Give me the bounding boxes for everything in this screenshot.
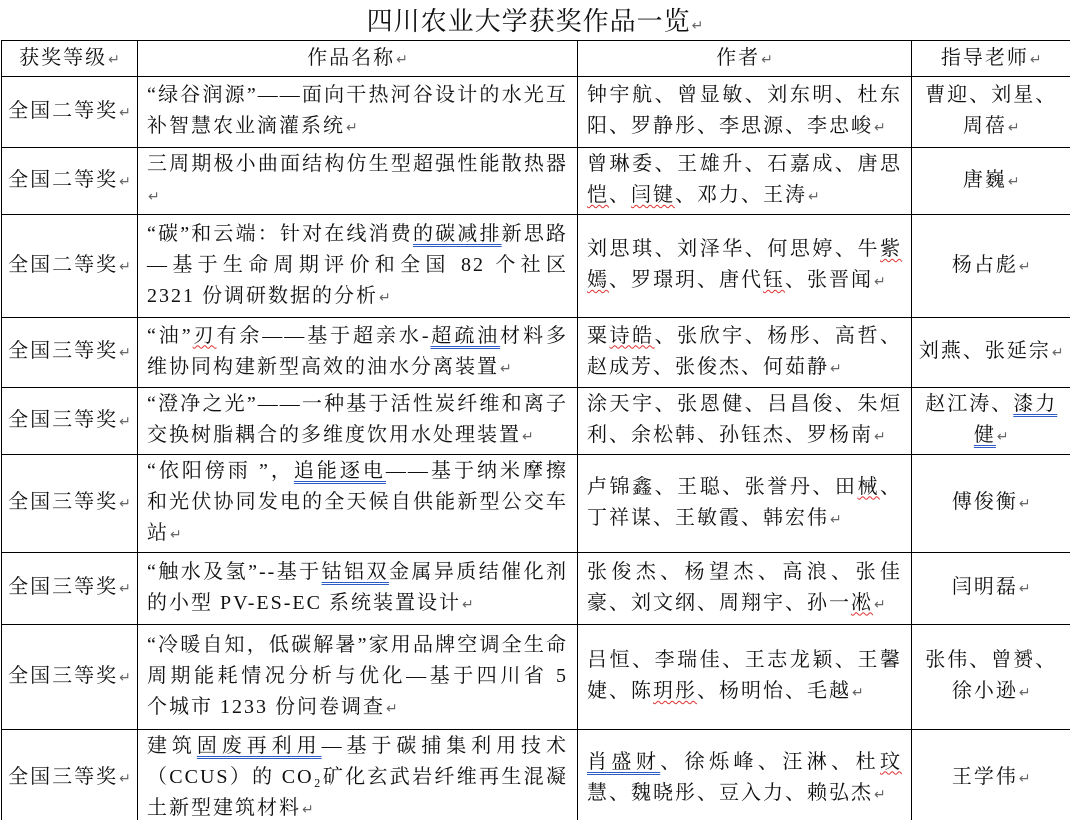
spell-check-flagged-text: 钰 — [763, 269, 785, 291]
advisors-cell[interactable]: 刘燕、张延宗↵ — [912, 318, 1070, 388]
cell-text: “冷暖自知，低碳解暑”家用品牌空调全生命周期能耗情况分析与优化—基于四川省 5 … — [147, 634, 568, 718]
paragraph-mark: ↵ — [1018, 685, 1031, 701]
spell-check-flagged-text: 闫键 — [631, 184, 675, 206]
paragraph-mark: ↵ — [147, 189, 160, 205]
header-authors-label: 作者↵ — [716, 47, 773, 69]
paragraph-mark: ↵ — [118, 771, 131, 787]
paragraph-mark: ↵ — [118, 496, 131, 512]
grammar-check-flagged-text: 固废再利用 — [197, 735, 322, 757]
advisors-cell[interactable]: 傅俊衡↵ — [912, 455, 1070, 553]
paragraph-mark: ↵ — [829, 512, 842, 528]
paragraph-mark: ↵ — [118, 581, 131, 597]
header-advisors-label: 指导老师↵ — [941, 47, 1042, 69]
cell-text: 全国二等奖 — [8, 169, 118, 191]
header-award-level-label: 获奖等级↵ — [19, 47, 120, 69]
authors-cell[interactable]: 曾琳委、王雄升、石嘉成、唐思恺、闫键、邓力、王涛↵ — [578, 148, 912, 215]
cell-text: 全国二等奖 — [8, 100, 118, 122]
table-row: 全国三等奖↵“澄净之光”——一种基于活性炭纤维和离子交换树脂耦合的多维度饮用水处… — [2, 388, 1070, 455]
cell-text: 、罗璟玥、唐代 — [609, 269, 763, 291]
work-title-cell[interactable]: 三周期极小曲面结构仿生型超强性能散热器↵ — [138, 148, 578, 215]
advisors-cell[interactable]: 曹迎、刘星、周蓓↵ — [912, 77, 1070, 148]
cell-text: 全国三等奖 — [8, 766, 118, 788]
advisors-cell[interactable]: 王学伟↵ — [912, 730, 1070, 820]
award-level-cell[interactable]: 全国二等奖↵ — [2, 77, 138, 148]
cell-text: 王学伟 — [952, 766, 1018, 788]
paragraph-mark: ↵ — [873, 597, 886, 613]
cell-text: 全国三等奖 — [8, 491, 118, 513]
document-page: 四川农业大学获奖作品一览↵ 获奖等级↵ 作品名称↵ 作者↵ 指导老师↵ 全国二等… — [0, 4, 1070, 820]
table-row: 全国二等奖↵“绿谷润源”——面向干热河谷设计的水光互补智慧农业滴灌系统↵钟宇航、… — [2, 77, 1070, 148]
work-title-cell[interactable]: “冷暖自知，低碳解暑”家用品牌空调全生命周期能耗情况分析与优化—基于四川省 5 … — [138, 625, 578, 730]
advisors-cell[interactable]: 张伟、曾赟、徐小逊↵ — [912, 625, 1070, 730]
spell-check-flagged-text: 玥彤 — [653, 680, 697, 702]
authors-cell[interactable]: 肖盛财、徐烁峰、汪淋、杜玟慧、魏晓彤、豆入力、赖弘杰↵ — [578, 730, 912, 820]
paragraph-mark: ↵ — [691, 18, 704, 34]
paragraph-mark: ↵ — [378, 290, 391, 306]
table-row: 全国三等奖↵“油”刃有余——基于超亲水-超疏油材料多维协同构建新型高效的油水分离… — [2, 318, 1070, 388]
authors-cell[interactable]: 钟宇航、曾显敏、刘东明、杜东阳、罗静彤、李思源、李忠峻↵ — [578, 77, 912, 148]
cell-text: “澄净之光”——一种基于活性炭纤维和离子交换树脂耦合的多维度饮用水处理装置 — [147, 393, 568, 446]
award-level-cell[interactable]: 全国二等奖↵ — [2, 148, 138, 215]
cell-text: 粟 — [587, 325, 610, 347]
cell-text: 卢锦鑫、王聪、张誉丹、田 — [587, 476, 857, 498]
authors-cell[interactable]: 张俊杰、杨望杰、高浪、张佳豪、刘文纲、周翔宇、孙一凇↵ — [578, 553, 912, 625]
paragraph-mark: ↵ — [760, 52, 773, 68]
paragraph-mark: ↵ — [118, 345, 131, 361]
cell-text: 刘思琪、刘泽华、何思婷、牛 — [587, 238, 880, 260]
grammar-check-flagged-text: 追能逐电 — [294, 460, 386, 482]
paragraph-mark: ↵ — [873, 274, 886, 290]
work-title-cell[interactable]: “依阳傍雨 ”，追能逐电——基于纳米摩擦和光伏协同发电的全天候自供能新型公交车站… — [138, 455, 578, 553]
paragraph-mark: ↵ — [461, 597, 474, 613]
header-advisors[interactable]: 指导老师↵ — [912, 41, 1070, 77]
paragraph-mark: ↵ — [873, 429, 886, 445]
header-award-level[interactable]: 获奖等级↵ — [2, 41, 138, 77]
paragraph-mark: ↵ — [345, 120, 358, 136]
paragraph-mark: ↵ — [118, 105, 131, 121]
work-title-cell[interactable]: “油”刃有余——基于超亲水-超疏油材料多维协同构建新型高效的油水分离装置↵ — [138, 318, 578, 388]
paragraph-mark: ↵ — [1018, 771, 1031, 787]
page-title[interactable]: 四川农业大学获奖作品一览↵ — [0, 4, 1070, 40]
grammar-check-flagged-text: 的碳减排 — [413, 223, 502, 245]
work-title-cell[interactable]: “绿谷润源”——面向干热河谷设计的水光互补智慧农业滴灌系统↵ — [138, 77, 578, 148]
table-row: 全国二等奖↵三周期极小曲面结构仿生型超强性能散热器↵曾琳委、王雄升、石嘉成、唐思… — [2, 148, 1070, 215]
cell-text: 涂天宇、张恩健、吕昌俊、朱烜利、余松韩、孙钰杰、罗杨南 — [587, 393, 902, 446]
paragraph-mark: ↵ — [1007, 174, 1020, 190]
table-row: 全国二等奖↵“碳”和云端：针对在线消费的碳减排新思路 —基于生命周期评价和全国 … — [2, 215, 1070, 318]
cell-text: 慧、魏晓彤、豆入力、赖弘杰 — [587, 782, 873, 804]
paragraph-mark: ↵ — [385, 701, 398, 717]
spell-check-flagged-text: 刃 — [193, 325, 217, 347]
paragraph-mark: ↵ — [118, 259, 131, 275]
cell-text: 钟宇航、曾显敏、刘东明、杜东阳、罗静彤、李思源、李忠峻 — [587, 84, 902, 137]
paragraph-mark: ↵ — [1007, 120, 1020, 136]
cell-text: 全国二等奖 — [8, 254, 118, 276]
paragraph-mark: ↵ — [118, 414, 131, 430]
cell-text: 刘燕、张延宗 — [919, 340, 1051, 362]
authors-cell[interactable]: 涂天宇、张恩健、吕昌俊、朱烜利、余松韩、孙钰杰、罗杨南↵ — [578, 388, 912, 455]
cell-text: 全国三等奖 — [8, 665, 118, 687]
cell-text: 全国三等奖 — [8, 340, 118, 362]
header-work-title[interactable]: 作品名称↵ — [138, 41, 578, 77]
table-row: 全国三等奖↵“冷暖自知，低碳解暑”家用品牌空调全生命周期能耗情况分析与优化—基于… — [2, 625, 1070, 730]
spell-check-flagged-text: 械 — [857, 476, 880, 498]
spell-check-flagged-text: 恺 — [587, 184, 609, 206]
authors-cell[interactable]: 粟诗皓、张欣宇、杨彤、高哲、赵成芳、张俊杰、何茹静↵ — [578, 318, 912, 388]
table-row: 全国三等奖↵建筑固废再利用—基于碳捕集利用技术（CCUS）的 CO₂矿化玄武岩纤… — [2, 730, 1070, 820]
paragraph-mark: ↵ — [169, 527, 182, 543]
header-authors[interactable]: 作者↵ — [578, 41, 912, 77]
table-row: 全国三等奖↵“依阳傍雨 ”，追能逐电——基于纳米摩擦和光伏协同发电的全天候自供能… — [2, 455, 1070, 553]
cell-text: 、 — [609, 184, 631, 206]
award-level-cell[interactable]: 全国三等奖↵ — [2, 730, 138, 820]
cell-text: 全国三等奖 — [8, 409, 118, 431]
cell-text: 三周期极小曲面结构仿生型超强性能散热器 — [147, 153, 568, 175]
work-title-cell[interactable]: “碳”和云端：针对在线消费的碳减排新思路 —基于生命周期评价和全国 82 个社区… — [138, 215, 578, 318]
table-row: 全国三等奖↵“触水及氢”--基于钴铝双金属异质结催化剂的小型 PV-ES-EC … — [2, 553, 1070, 625]
work-title-cell[interactable]: “触水及氢”--基于钴铝双金属异质结催化剂的小型 PV-ES-EC 系统装置设计… — [138, 553, 578, 625]
award-level-cell[interactable]: 全国三等奖↵ — [2, 553, 138, 625]
advisors-cell[interactable]: 赵江涛、漆力健↵ — [912, 388, 1070, 455]
cell-text: “依阳傍雨 ”， — [147, 460, 294, 482]
paragraph-mark: ↵ — [118, 174, 131, 190]
cell-text: 、徐烁峰、汪淋、杜 — [660, 751, 880, 773]
grammar-check-flagged-text: 钴铝双 — [322, 561, 389, 583]
cell-text: 曹迎、刘星、周蓓 — [925, 84, 1057, 137]
cell-text: 、杨明怡、毛越 — [697, 680, 851, 702]
work-title-cell[interactable]: “澄净之光”——一种基于活性炭纤维和离子交换树脂耦合的多维度饮用水处理装置↵ — [138, 388, 578, 455]
spell-check-flagged-text: 诗皓 — [610, 325, 655, 347]
cell-text: 建筑 — [147, 735, 197, 757]
award-level-cell[interactable]: 全国三等奖↵ — [2, 625, 138, 730]
cell-text: “油” — [147, 325, 193, 347]
awards-table: 获奖等级↵ 作品名称↵ 作者↵ 指导老师↵ 全国二等奖↵“绿谷润源”——面向干热… — [1, 40, 1070, 820]
cell-text: “触水及氢”--基于 — [147, 561, 322, 583]
page-title-text: 四川农业大学获奖作品一览↵ — [367, 7, 704, 36]
cell-text: 张伟、曾赟、徐小逊 — [925, 649, 1057, 702]
cell-text: 曾琳委、王雄升、石嘉成、唐思 — [587, 153, 902, 175]
paragraph-mark: ↵ — [1018, 259, 1031, 275]
paragraph-mark: ↵ — [851, 685, 864, 701]
paragraph-mark: ↵ — [499, 361, 512, 377]
cell-text: 、邓力、王涛 — [675, 184, 807, 206]
paragraph-mark: ↵ — [996, 429, 1009, 445]
cell-text: 唐巍 — [963, 169, 1007, 191]
award-level-cell[interactable]: 全国三等奖↵ — [2, 318, 138, 388]
advisors-cell[interactable]: 闫明磊↵ — [912, 553, 1070, 625]
paragraph-mark: ↵ — [873, 120, 886, 136]
paragraph-mark: ↵ — [873, 787, 886, 803]
spell-check-flagged-text: 凇 — [851, 592, 873, 614]
paragraph-mark: ↵ — [1051, 345, 1064, 361]
awards-table-body: 全国二等奖↵“绿谷润源”——面向干热河谷设计的水光互补智慧农业滴灌系统↵钟宇航、… — [2, 77, 1070, 820]
cell-text: 、张晋闻 — [785, 269, 873, 291]
paragraph-mark: ↵ — [395, 52, 408, 68]
cell-text: 赵江涛、 — [925, 393, 1013, 415]
paragraph-mark: ↵ — [1029, 52, 1042, 68]
cell-text: 杨占彪 — [952, 254, 1018, 276]
cell-text: 闫明磊 — [952, 576, 1018, 598]
paragraph-mark: ↵ — [301, 802, 314, 818]
work-title-cell[interactable]: 建筑固废再利用—基于碳捕集利用技术（CCUS）的 CO₂矿化玄武岩纤维再生混凝土… — [138, 730, 578, 820]
paragraph-mark: ↵ — [118, 670, 131, 686]
cell-text: 全国三等奖 — [8, 576, 118, 598]
header-row: 获奖等级↵ 作品名称↵ 作者↵ 指导老师↵ — [2, 41, 1070, 77]
grammar-check-flagged-text: 超疏油 — [430, 325, 500, 347]
paragraph-mark: ↵ — [807, 189, 820, 205]
authors-cell[interactable]: 刘思琪、刘泽华、何思婷、牛紫嫣、罗璟玥、唐代钰、张晋闻↵ — [578, 215, 912, 318]
advisors-cell[interactable]: 唐巍↵ — [912, 148, 1070, 215]
cell-text: 傅俊衡 — [952, 491, 1018, 513]
award-level-cell[interactable]: 全国三等奖↵ — [2, 455, 138, 553]
paragraph-mark: ↵ — [521, 429, 534, 445]
advisors-cell[interactable]: 杨占彪↵ — [912, 215, 1070, 318]
paragraph-mark: ↵ — [829, 361, 842, 377]
paragraph-mark: ↵ — [1018, 496, 1031, 512]
award-level-cell[interactable]: 全国三等奖↵ — [2, 388, 138, 455]
cell-text: “碳”和云端：针对在线消费 — [147, 223, 413, 245]
authors-cell[interactable]: 吕恒、李瑞佳、王志龙颖、王馨婕、陈玥彤、杨明怡、毛越↵ — [578, 625, 912, 730]
authors-cell[interactable]: 卢锦鑫、王聪、张誉丹、田械、丁祥谋、王敏霞、韩宏伟↵ — [578, 455, 912, 553]
paragraph-mark: ↵ — [1018, 581, 1031, 597]
spell-check-flagged-text: 玟 — [880, 751, 902, 773]
cell-text: 有余——基于超亲水- — [216, 325, 430, 347]
header-work-title-label: 作品名称↵ — [307, 47, 408, 69]
paragraph-mark: ↵ — [107, 52, 120, 68]
award-level-cell[interactable]: 全国二等奖↵ — [2, 215, 138, 318]
grammar-check-flagged-text: 肖盛财 — [587, 751, 660, 773]
